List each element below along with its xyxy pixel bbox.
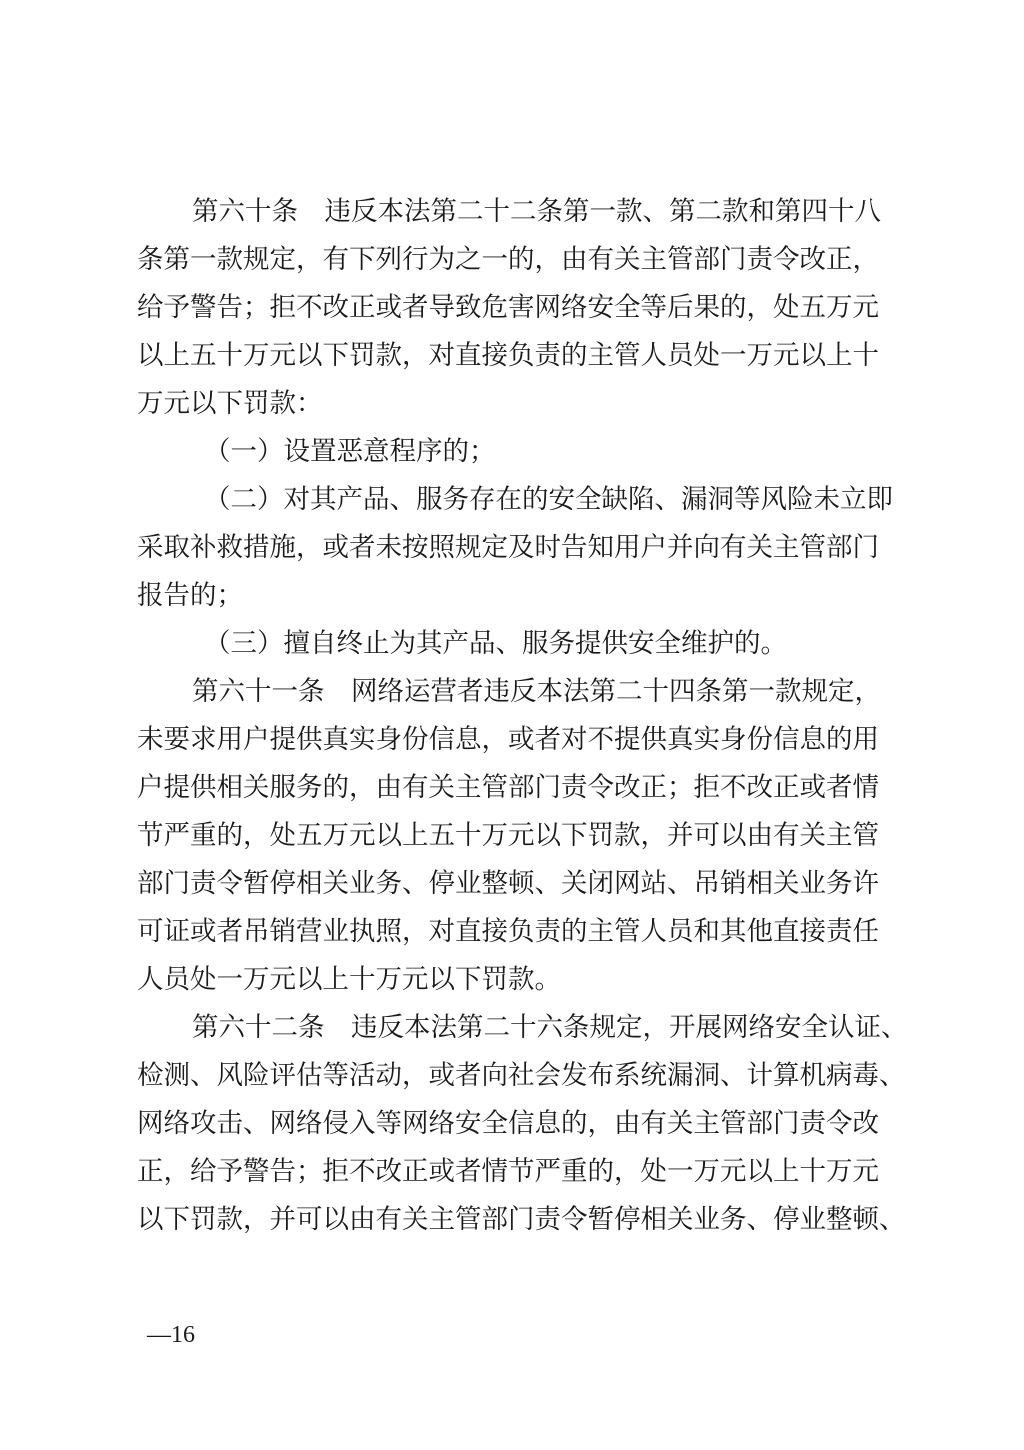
list-item-3: （三）擅自终止为其产品、服务提供安全维护的。 [137,620,907,668]
text-line: 条第一款规定，有下列行为之一的，由有关主管部门责令改正， [137,236,907,284]
article-61: 第六十一条 网络运营者违反本法第二十四条第一款规定， 未要求用户提供真实身份信息… [137,668,907,1004]
article-60: 第六十条 违反本法第二十二条第一款、第二款和第四十八 条第一款规定，有下列行为之… [137,188,907,428]
text-line: （二）对其产品、服务存在的安全缺陷、漏洞等风险未立即 [137,476,907,524]
text-line: 人员处一万元以上十万元以下罚款。 [137,956,907,1004]
text-line: 以下罚款，并可以由有关主管部门责令暂停相关业务、停业整顿、 [137,1196,907,1244]
text-line: 正，给予警告；拒不改正或者情节严重的，处一万元以上十万元 [137,1148,907,1196]
text-line: 可证或者吊销营业执照，对直接负责的主管人员和其他直接责任 [137,908,907,956]
text-line: （三）擅自终止为其产品、服务提供安全维护的。 [137,620,907,668]
text-line: 万元以下罚款： [137,380,907,428]
text-line: 网络攻击、网络侵入等网络安全信息的，由有关主管部门责令改 [137,1100,907,1148]
list-item-1: （一）设置恶意程序的； [137,428,907,476]
page-number: —16 [147,1322,195,1349]
text-line: 未要求用户提供真实身份信息，或者对不提供真实身份信息的用 [137,716,907,764]
text-line: 第六十一条 网络运营者违反本法第二十四条第一款规定， [137,668,907,716]
text-line: 户提供相关服务的，由有关主管部门责令改正；拒不改正或者情 [137,764,907,812]
text-line: 第六十条 违反本法第二十二条第一款、第二款和第四十八 [137,188,907,236]
document-page: 第六十条 违反本法第二十二条第一款、第二款和第四十八 条第一款规定，有下列行为之… [137,188,907,1244]
text-line: 给予警告；拒不改正或者导致危害网络安全等后果的，处五万元 [137,284,907,332]
text-line: 部门责令暂停相关业务、停业整顿、关闭网站、吊销相关业务许 [137,860,907,908]
text-line: （一）设置恶意程序的； [137,428,907,476]
text-line: 检测、风险评估等活动，或者向社会发布系统漏洞、计算机病毒、 [137,1052,907,1100]
article-62: 第六十二条 违反本法第二十六条规定，开展网络安全认证、 检测、风险评估等活动，或… [137,1004,907,1244]
text-line: 以上五十万元以下罚款，对直接负责的主管人员处一万元以上十 [137,332,907,380]
list-item-2: （二）对其产品、服务存在的安全缺陷、漏洞等风险未立即 采取补救措施，或者未按照规… [137,476,907,620]
text-line: 节严重的，处五万元以上五十万元以下罚款，并可以由有关主管 [137,812,907,860]
text-line: 报告的； [137,572,907,620]
text-line: 采取补救措施，或者未按照规定及时告知用户并向有关主管部门 [137,524,907,572]
text-line: 第六十二条 违反本法第二十六条规定，开展网络安全认证、 [137,1004,907,1052]
